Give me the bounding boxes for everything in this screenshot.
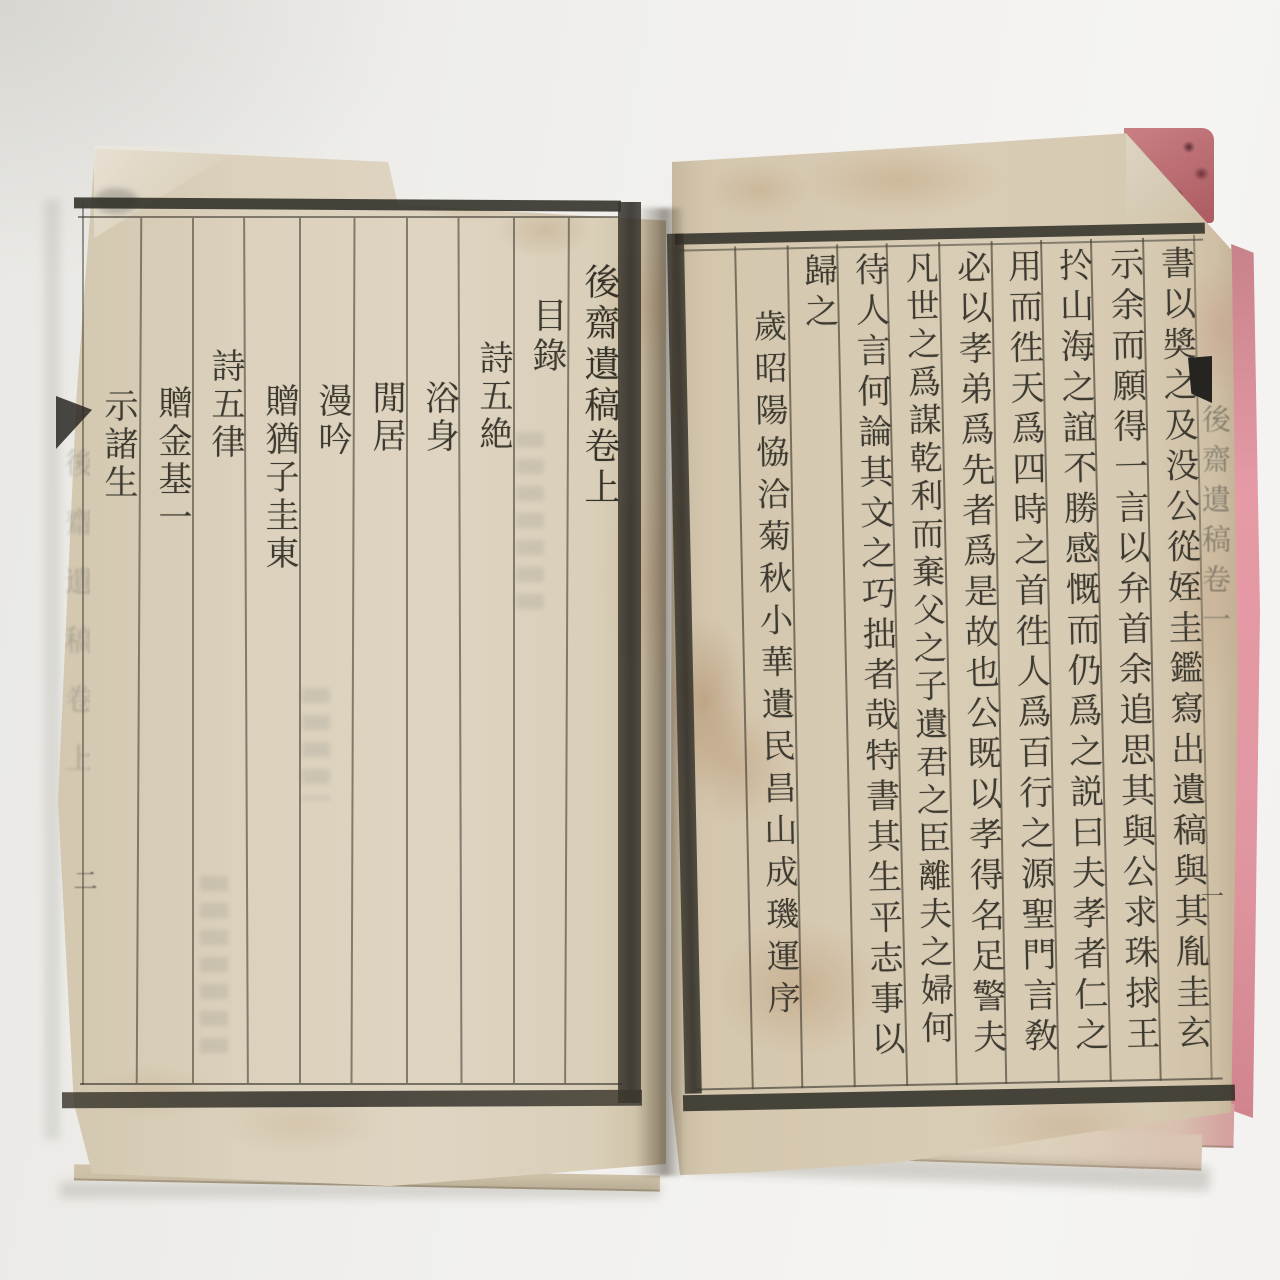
book-photo: 後齋遺稿卷上 目錄 詩五絶 浴身 閒居 漫吟 贈猶子圭東 詩五律 贈金基一 示諸…	[0, 0, 1280, 1280]
left-frame-bottom-inner-line	[80, 1083, 622, 1085]
toc-entry: 示諸生	[94, 388, 143, 502]
left-page: 後齋遺稿卷上 目錄 詩五絶 浴身 閒居 漫吟 贈猶子圭東 詩五律 贈金基一 示諸…	[58, 140, 666, 1186]
column-rule	[192, 218, 194, 1083]
column-rule	[299, 218, 301, 1083]
toc-entry: 浴身	[415, 380, 464, 456]
right-spine-title: 後齋遺稿卷一	[1202, 404, 1233, 644]
right-page: 書以奬之及没公從姪圭鑑寫出遺稿與其胤圭玄 示余而願得一言以弁首余追思其與公求珠捄…	[668, 128, 1238, 1190]
toc-entry: 詩五絶	[469, 340, 518, 454]
right-spine-title-clip: 後齋遺稿卷一	[1202, 404, 1233, 662]
bleedthrough-smudge	[200, 876, 228, 1056]
toc-entry: 贈猶子圭東	[255, 383, 304, 573]
right-text-frame: 書以奬之及没公從姪圭鑑寫出遺稿與其胤圭玄 示余而願得一言以弁首余追思其與公求珠捄…	[657, 122, 1249, 1196]
contents-heading: 目錄	[522, 297, 572, 377]
toc-entry: 漫吟	[308, 383, 357, 459]
bleedthrough-smudge	[516, 432, 544, 612]
column-rule	[406, 218, 408, 1083]
preface-signature: 歲昭陽恊洽菊秋小華遺民昌山成璣運序	[744, 308, 806, 1023]
toc-entry: 詩五律	[201, 348, 250, 462]
left-spine-title-clip: 後齋遺稿卷上	[60, 448, 90, 828]
left-page-number: 二	[66, 868, 101, 898]
gutter-shadow	[636, 208, 684, 1176]
left-spine-title: 後齋遺稿卷上	[60, 448, 90, 802]
left-frame-bottom-border	[62, 1090, 642, 1109]
toc-entry: 贈金基一	[148, 385, 197, 537]
right-page-number: 一	[1194, 884, 1227, 907]
bleedthrough-smudge	[302, 688, 330, 800]
preface-column-8: 歸之	[793, 252, 844, 334]
left-frame-top-inner-line	[78, 216, 618, 218]
toc-entry: 閒居	[362, 380, 411, 456]
volume-title: 後齋遺稿卷上	[574, 263, 625, 509]
